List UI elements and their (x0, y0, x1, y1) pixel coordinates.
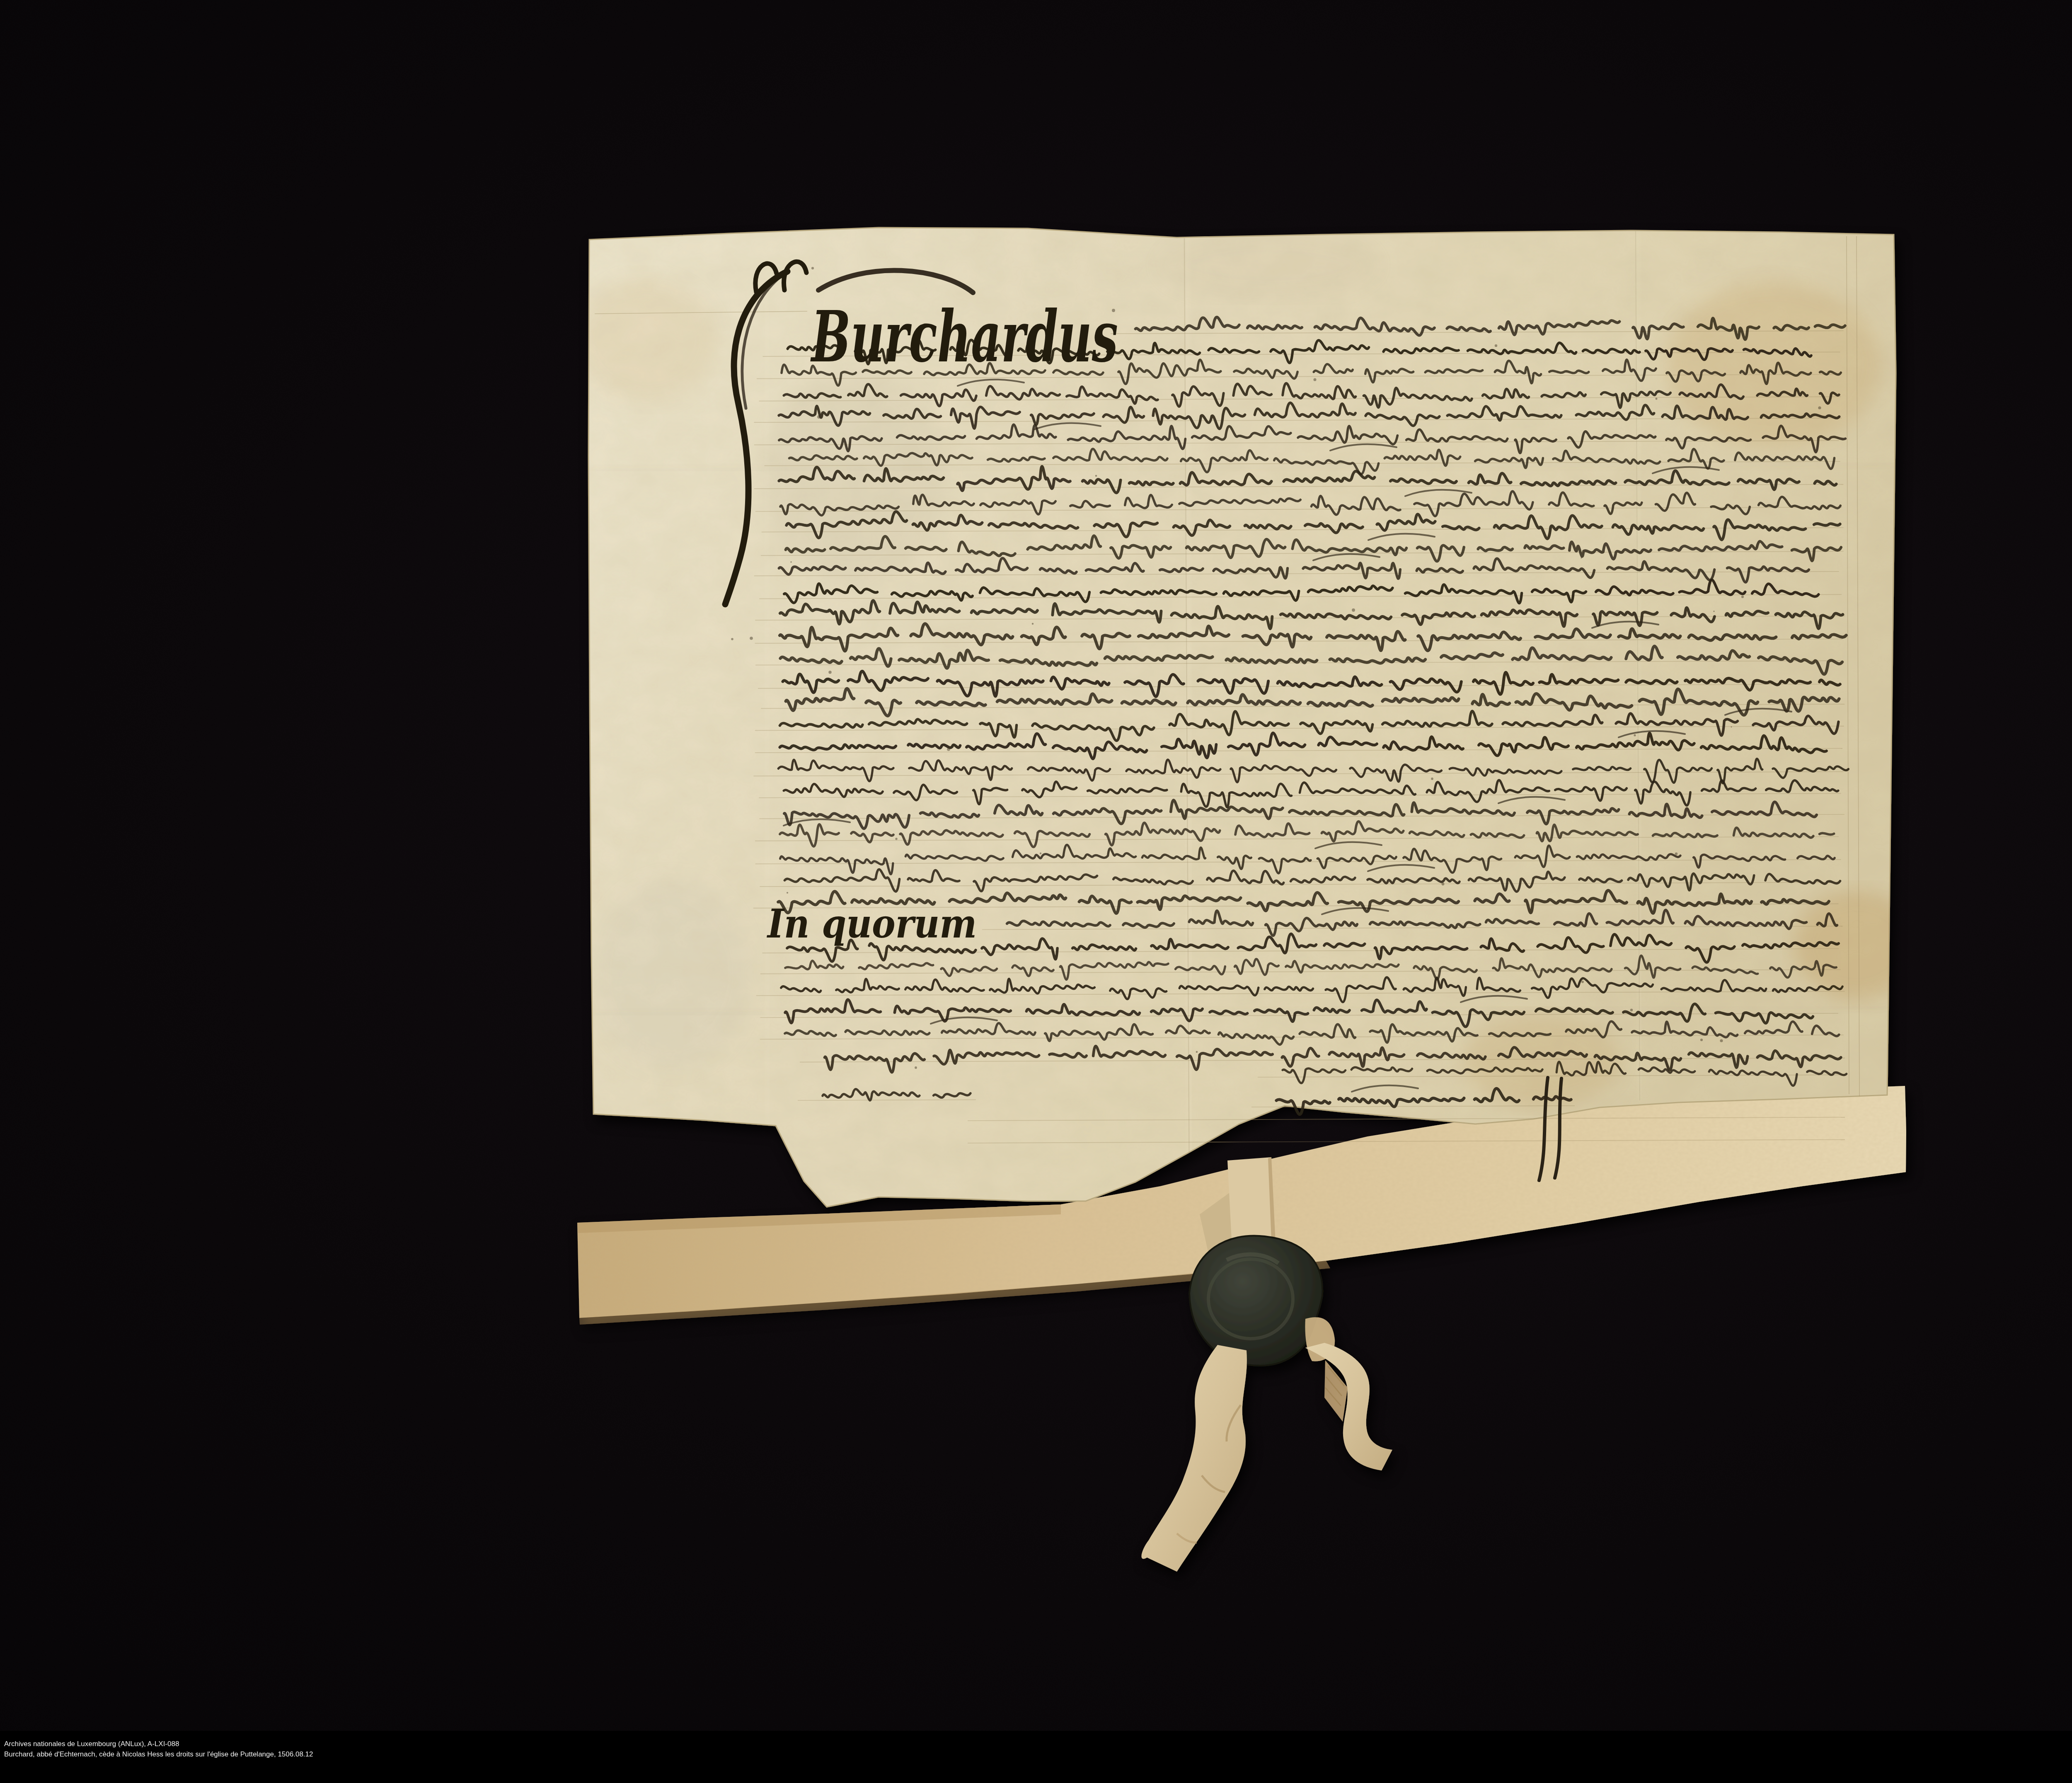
charter-photograph: Burchardus In quorum (0, 0, 2072, 1731)
opening-word: Burchardus (810, 296, 1118, 378)
caption-description: Burchard, abbé d'Echternach, cède à Nico… (4, 1749, 2072, 1759)
caption-bar: Archives nationales de Luxembourg (ANLux… (0, 1731, 2072, 1783)
caption-archive-reference: Archives nationales de Luxembourg (ANLux… (4, 1739, 2072, 1749)
corroboration-words: In quorum (766, 900, 977, 947)
parchment-sheet: Burchardus In quorum (576, 228, 1919, 1207)
archive-photo-page: Burchardus In quorum Archives (0, 0, 2072, 1783)
